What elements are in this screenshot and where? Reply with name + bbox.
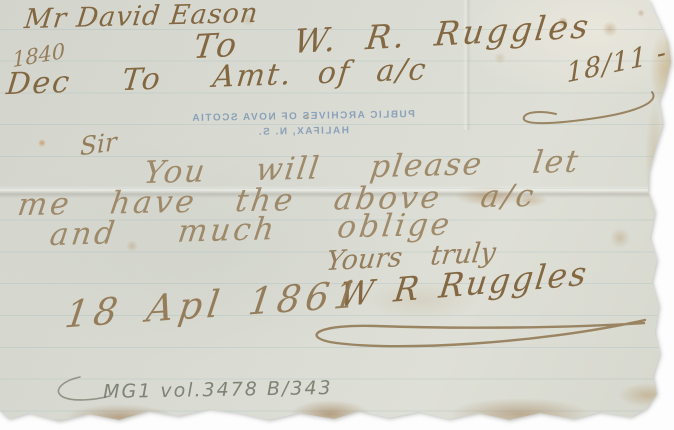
- paper-wrapper: Mr David Eason To W. R. Ruggles 1840 Dec…: [0, 0, 674, 430]
- paper: Mr David Eason To W. R. Ruggles 1840 Dec…: [0, 0, 674, 430]
- archive-reference: MG1 vol.3478 B/343: [103, 379, 333, 402]
- archives-stamp: PUBLIC ARCHIVES OF NOVA SCOTIA HALIFAX, …: [172, 108, 434, 142]
- document-scan: Mr David Eason To W. R. Ruggles 1840 Dec…: [0, 0, 674, 430]
- salutation: Sir: [80, 129, 117, 159]
